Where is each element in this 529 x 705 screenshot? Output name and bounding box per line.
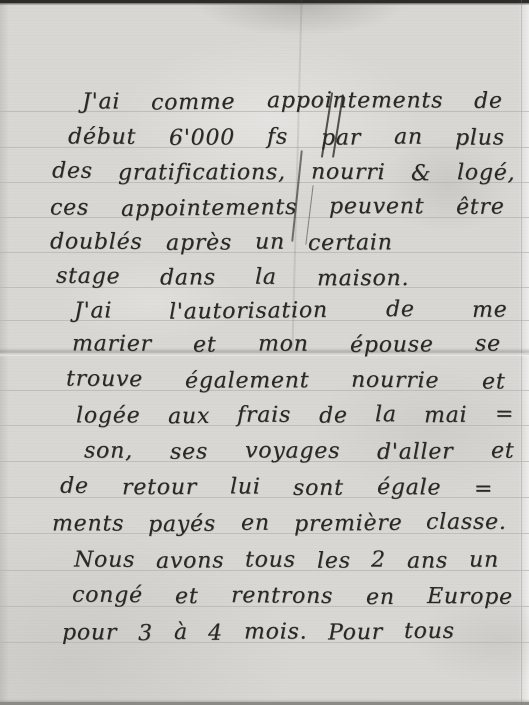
handwritten-word: frais — [237, 403, 291, 429]
handwritten-word: fs — [267, 125, 288, 151]
handwritten-line: Nousavonstousles2ansun — [74, 548, 499, 574]
handwritten-word: dans — [160, 265, 216, 291]
scan-bottom-edge — [0, 699, 529, 705]
handwritten-word: voyages — [245, 438, 340, 464]
handwritten-word: Nous — [74, 547, 135, 573]
handwritten-word: J'ai — [74, 298, 112, 324]
handwritten-word: an — [394, 125, 423, 151]
handwritten-word: payés — [148, 512, 216, 539]
handwritten-word: 2 — [371, 548, 386, 574]
handwritten-word: logée — [76, 403, 140, 429]
handwritten-word: rentrons — [231, 583, 333, 610]
handwritten-word: sont — [293, 476, 344, 502]
handwritten-word: me — [471, 298, 507, 324]
handwritten-word: lui — [229, 474, 260, 500]
handwritten-word: certain — [308, 230, 393, 257]
handwritten-line: deretourluisontégale= — [60, 474, 493, 502]
handwritten-word: tous — [245, 547, 296, 573]
handwritten-line: début6'000fsparanplus — [68, 125, 505, 151]
handwritten-word: maison. — [317, 266, 409, 292]
handwritten-word: début — [68, 124, 136, 150]
handwritten-word: = — [495, 402, 514, 428]
handwritten-line: J'aicommeappointementsde — [82, 88, 503, 116]
handwritten-word: en — [241, 511, 270, 537]
handwritten-word: de — [474, 89, 503, 115]
handwritten-word: J'ai — [82, 89, 120, 115]
handwritten-word: un — [469, 548, 499, 574]
handwritten-word: et — [175, 584, 199, 610]
handwritten-word: la — [255, 265, 277, 291]
handwritten-line: logéeauxfraisdelamai= — [76, 402, 514, 430]
handwritten-line: mentspayésenpremièreclasse. — [52, 510, 507, 538]
handwritten-word: mai — [424, 403, 468, 429]
handwritten-word: égale — [376, 475, 441, 502]
handwritten-word: être — [456, 194, 505, 221]
handwritten-line: desgratifications,nourri&logé, — [52, 159, 515, 187]
handwritten-word: un — [255, 230, 285, 256]
handwritten-word: peuvent — [329, 194, 424, 220]
handwritten-word: les — [317, 548, 351, 574]
handwritten-word: retour — [122, 475, 197, 501]
handwritten-word: épouse — [350, 332, 434, 359]
handwritten-word: gratifications, — [118, 160, 286, 186]
handwritten-word: ses — [170, 439, 208, 465]
handwritten-word: des — [52, 158, 93, 184]
handwritten-word: 4 — [208, 621, 223, 647]
handwritten-word: plus — [455, 125, 505, 151]
handwritten-word: Pour — [328, 620, 383, 647]
handwritten-word: comme — [151, 90, 236, 117]
handwritten-word: également — [185, 368, 309, 394]
handwritten-line: cesappointementspeuventêtre — [50, 194, 505, 222]
handwritten-word: logé, — [456, 160, 515, 187]
handwritten-line: trouveégalementnourrieet — [66, 367, 505, 395]
handwritten-word: classe. — [426, 510, 507, 536]
handwritten-word: et — [193, 333, 217, 359]
handwritten-word: d'aller — [377, 439, 454, 466]
handwritten-line: J'ail'autorisationdeme — [74, 297, 507, 325]
handwritten-word: tous — [404, 619, 455, 645]
handwritten-word: la — [375, 402, 397, 428]
handwritten-word: ces — [50, 195, 89, 221]
handwritten-line: stagedanslamaison. — [56, 264, 409, 292]
scan-top-edge — [0, 0, 529, 5]
handwritten-line: son,sesvoyagesd'alleret — [84, 439, 514, 465]
handwritten-line: marieretmonépousese — [72, 332, 501, 358]
handwritten-word: congé — [72, 582, 143, 609]
handwritten-word: de — [319, 403, 348, 429]
handwritten-word: doublés — [50, 229, 143, 255]
handwritten-word: mon — [258, 331, 309, 357]
handwritten-word: nourrie — [351, 368, 440, 395]
handwritten-word: et — [481, 369, 505, 395]
handwritten-word: avons — [156, 548, 224, 574]
handwritten-word: ans — [407, 548, 448, 574]
handwritten-word: Europe — [427, 584, 513, 611]
handwritten-word: pour — [62, 620, 117, 646]
handwritten-word: par — [321, 125, 361, 151]
handwritten-word: nourri — [311, 160, 386, 187]
handwritten-line: pour3à4mois.Pourtous — [62, 619, 455, 647]
handwritten-word: en — [366, 585, 395, 611]
handwritten-word: de — [386, 297, 415, 323]
handwritten-word: 6'000 — [169, 125, 235, 151]
handwritten-word: de — [60, 474, 89, 500]
handwritten-word: après — [166, 230, 232, 256]
handwritten-word: appointements — [121, 195, 297, 223]
handwritten-word: se — [475, 332, 501, 358]
handwritten-word: et — [490, 439, 514, 465]
handwritten-line: congéetrentronsenEurope — [72, 583, 513, 611]
handwritten-word: 3 — [138, 621, 153, 647]
scanned-letter-page: J'aicommeappointementsdedébut6'000fspara… — [0, 0, 529, 705]
handwritten-word: l'autorisation — [169, 298, 328, 326]
handwritten-line: doublésaprèsuncertain — [50, 230, 393, 256]
handwritten-word: première — [293, 511, 402, 538]
handwritten-word: & — [411, 161, 431, 187]
handwritten-word: ments — [52, 511, 124, 537]
handwritten-word: aux — [168, 404, 210, 430]
handwritten-word: à — [174, 620, 188, 646]
handwritten-word: son, — [84, 438, 133, 464]
handwritten-word: appointements — [267, 88, 443, 114]
handwritten-word: stage — [56, 264, 121, 291]
handwritten-word: marier — [72, 331, 152, 357]
handwritten-word: mois. — [244, 619, 307, 645]
handwritten-word: trouve — [66, 366, 143, 393]
handwritten-word: = — [474, 476, 493, 502]
